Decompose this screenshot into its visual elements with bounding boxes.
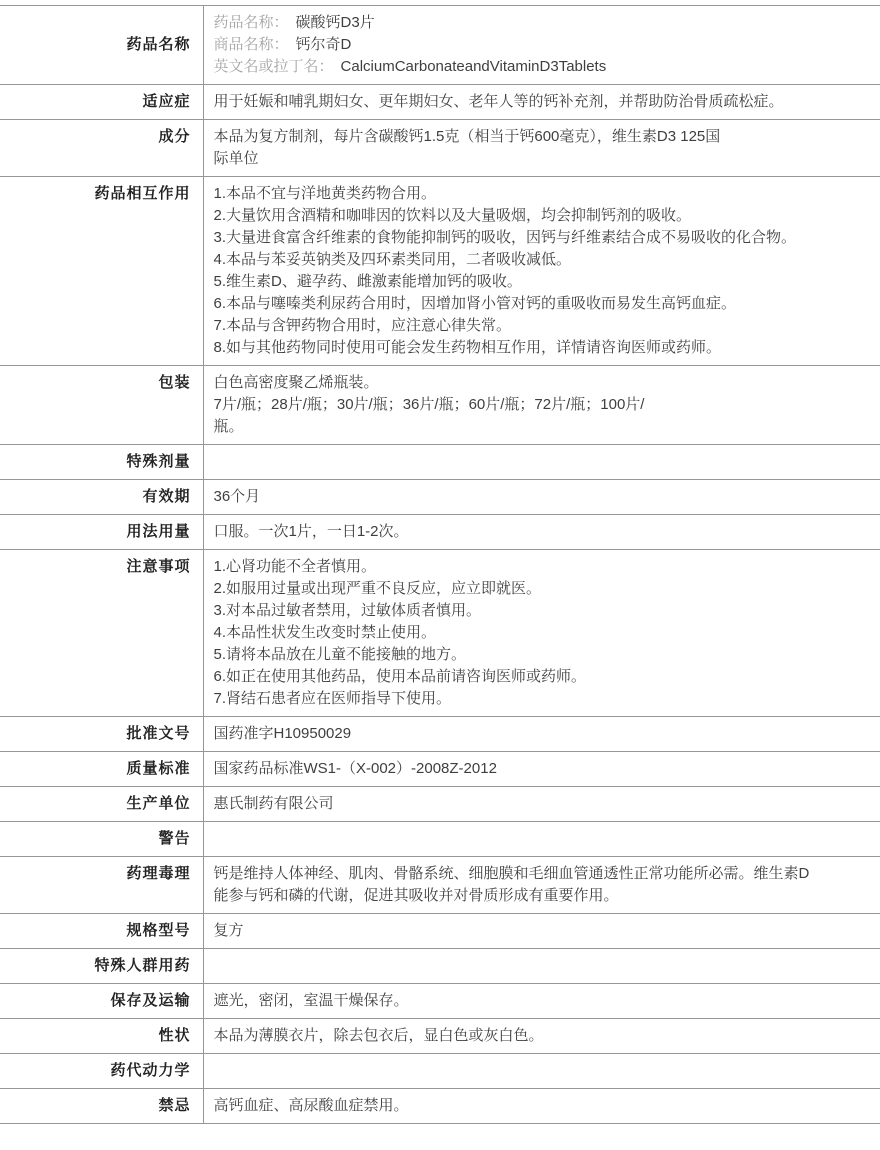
field-value: 钙尔奇D (296, 36, 352, 53)
drug-table-body: 药品名称药品名称：碳酸钙D3片商品名称：钙尔奇D英文名或拉丁名：CalciumC… (0, 6, 880, 1124)
table-row: 成分本品为复方制剂，每片含碳酸钙1.5克（相当于钙600毫克），维生素D3 12… (0, 120, 880, 177)
content-line: 商品名称：钙尔奇D (214, 34, 867, 56)
content-line: 本品为薄膜衣片，除去包衣后，显白色或灰白色。 (214, 1025, 867, 1047)
table-row: 性状本品为薄膜衣片，除去包衣后，显白色或灰白色。 (0, 1019, 880, 1054)
content-line: 6.如正在使用其他药品，使用本品前请咨询医师或药师。 (214, 666, 867, 688)
row-content: 国家药品标准WS1-（X-002）-2008Z-2012 (203, 752, 880, 787)
row-label: 生产单位 (0, 787, 203, 822)
table-row: 注意事项1.心肾功能不全者慎用。2.如服用过量或出现严重不良反应，应立即就医。3… (0, 550, 880, 717)
row-label: 注意事项 (0, 550, 203, 717)
table-row: 有效期36个月 (0, 480, 880, 515)
row-label: 警告 (0, 822, 203, 857)
content-line: 复方 (214, 920, 867, 942)
content-line: 钙是维持人体神经、肌肉、骨骼系统、细胞膜和毛细血管通透性正常功能所必需。维生素D (214, 863, 867, 885)
row-content (203, 1054, 880, 1089)
row-label: 药品名称 (0, 6, 203, 85)
field-label: 商品名称： (214, 36, 289, 53)
content-line: 能参与钙和磷的代谢，促进其吸收并对骨质形成有重要作用。 (214, 885, 867, 907)
row-label: 有效期 (0, 480, 203, 515)
row-content: 用于妊娠和哺乳期妇女、更年期妇女、老年人等的钙补充剂，并帮助防治骨质疏松症。 (203, 85, 880, 120)
content-line: 3.对本品过敏者禁用，过敏体质者慎用。 (214, 600, 867, 622)
content-line: 白色高密度聚乙烯瓶装。 (214, 372, 867, 394)
table-row: 适应症用于妊娠和哺乳期妇女、更年期妇女、老年人等的钙补充剂，并帮助防治骨质疏松症… (0, 85, 880, 120)
content-line: 1.心肾功能不全者慎用。 (214, 556, 867, 578)
row-content: 药品名称：碳酸钙D3片商品名称：钙尔奇D英文名或拉丁名：CalciumCarbo… (203, 6, 880, 85)
row-label: 特殊人群用药 (0, 949, 203, 984)
table-row: 质量标准国家药品标准WS1-（X-002）-2008Z-2012 (0, 752, 880, 787)
row-content: 本品为薄膜衣片，除去包衣后，显白色或灰白色。 (203, 1019, 880, 1054)
table-row: 包装白色高密度聚乙烯瓶装。7片/瓶；28片/瓶；30片/瓶；36片/瓶；60片/… (0, 366, 880, 445)
content-line: 3.大量进食富含纤维素的食物能抑制钙的吸收，因钙与纤维素结合成不易吸收的化合物。 (214, 227, 867, 249)
row-label: 用法用量 (0, 515, 203, 550)
row-label: 批准文号 (0, 717, 203, 752)
row-label: 药代动力学 (0, 1054, 203, 1089)
row-content (203, 445, 880, 480)
content-line: 际单位 (214, 148, 867, 170)
row-label: 质量标准 (0, 752, 203, 787)
content-line: 7片/瓶；28片/瓶；30片/瓶；36片/瓶；60片/瓶；72片/瓶；100片/ (214, 394, 867, 416)
row-content: 高钙血症、高尿酸血症禁用。 (203, 1089, 880, 1124)
row-content: 36个月 (203, 480, 880, 515)
table-row: 特殊人群用药 (0, 949, 880, 984)
row-content: 1.心肾功能不全者慎用。2.如服用过量或出现严重不良反应，应立即就医。3.对本品… (203, 550, 880, 717)
drug-info-table: 药品名称药品名称：碳酸钙D3片商品名称：钙尔奇D英文名或拉丁名：CalciumC… (0, 5, 880, 1124)
content-line: 英文名或拉丁名：CalciumCarbonateandVitaminD3Tabl… (214, 56, 867, 78)
row-content: 1.本品不宜与洋地黄类药物合用。2.大量饮用含酒精和咖啡因的饮料以及大量吸烟，均… (203, 177, 880, 366)
content-line: 国药准字H10950029 (214, 723, 867, 745)
table-row: 批准文号国药准字H10950029 (0, 717, 880, 752)
row-label: 禁忌 (0, 1089, 203, 1124)
content-line: 5.维生素D、避孕药、雌激素能增加钙的吸收。 (214, 271, 867, 293)
row-label: 保存及运输 (0, 984, 203, 1019)
content-line: 本品为复方制剂，每片含碳酸钙1.5克（相当于钙600毫克），维生素D3 125国 (214, 126, 867, 148)
field-label: 药品名称： (214, 14, 289, 31)
content-line: 用于妊娠和哺乳期妇女、更年期妇女、老年人等的钙补充剂，并帮助防治骨质疏松症。 (214, 91, 867, 113)
row-label: 成分 (0, 120, 203, 177)
content-line: 8.如与其他药物同时使用可能会发生药物相互作用，详情请咨询医师或药师。 (214, 337, 867, 359)
table-row: 生产单位惠氏制药有限公司 (0, 787, 880, 822)
table-row: 规格型号复方 (0, 914, 880, 949)
row-label: 包装 (0, 366, 203, 445)
row-label: 适应症 (0, 85, 203, 120)
row-content: 遮光，密闭，室温干燥保存。 (203, 984, 880, 1019)
table-row: 药理毒理钙是维持人体神经、肌肉、骨骼系统、细胞膜和毛细血管通透性正常功能所必需。… (0, 857, 880, 914)
row-content (203, 949, 880, 984)
row-content: 惠氏制药有限公司 (203, 787, 880, 822)
row-content: 国药准字H10950029 (203, 717, 880, 752)
table-row: 药代动力学 (0, 1054, 880, 1089)
table-row: 警告 (0, 822, 880, 857)
field-value: 碳酸钙D3片 (296, 14, 375, 31)
content-line: 瓶。 (214, 416, 867, 438)
content-line: 4.本品性状发生改变时禁止使用。 (214, 622, 867, 644)
row-label: 药理毒理 (0, 857, 203, 914)
row-content: 复方 (203, 914, 880, 949)
row-label: 规格型号 (0, 914, 203, 949)
content-line: 36个月 (214, 486, 867, 508)
content-line: 口服。一次1片，一日1-2次。 (214, 521, 867, 543)
table-row: 药品相互作用1.本品不宜与洋地黄类药物合用。2.大量饮用含酒精和咖啡因的饮料以及… (0, 177, 880, 366)
row-content: 本品为复方制剂，每片含碳酸钙1.5克（相当于钙600毫克），维生素D3 125国… (203, 120, 880, 177)
content-line: 6.本品与噻嗪类利尿药合用时，因增加肾小管对钙的重吸收而易发生高钙血症。 (214, 293, 867, 315)
content-line: 2.如服用过量或出现严重不良反应，应立即就医。 (214, 578, 867, 600)
table-row: 用法用量口服。一次1片，一日1-2次。 (0, 515, 880, 550)
content-line: 遮光，密闭，室温干燥保存。 (214, 990, 867, 1012)
row-content: 钙是维持人体神经、肌肉、骨骼系统、细胞膜和毛细血管通透性正常功能所必需。维生素D… (203, 857, 880, 914)
row-content: 口服。一次1片，一日1-2次。 (203, 515, 880, 550)
row-content (203, 822, 880, 857)
content-line: 1.本品不宜与洋地黄类药物合用。 (214, 183, 867, 205)
content-line: 7.肾结石患者应在医师指导下使用。 (214, 688, 867, 710)
table-row: 保存及运输遮光，密闭，室温干燥保存。 (0, 984, 880, 1019)
table-row: 药品名称药品名称：碳酸钙D3片商品名称：钙尔奇D英文名或拉丁名：CalciumC… (0, 6, 880, 85)
content-line: 惠氏制药有限公司 (214, 793, 867, 815)
row-label: 性状 (0, 1019, 203, 1054)
field-label: 英文名或拉丁名： (214, 58, 334, 75)
row-label: 特殊剂量 (0, 445, 203, 480)
content-line: 国家药品标准WS1-（X-002）-2008Z-2012 (214, 758, 867, 780)
row-label: 药品相互作用 (0, 177, 203, 366)
content-line: 高钙血症、高尿酸血症禁用。 (214, 1095, 867, 1117)
content-line: 5.请将本品放在儿童不能接触的地方。 (214, 644, 867, 666)
drug-info-sheet: 药品名称药品名称：碳酸钙D3片商品名称：钙尔奇D英文名或拉丁名：CalciumC… (0, 0, 880, 1124)
table-row: 禁忌高钙血症、高尿酸血症禁用。 (0, 1089, 880, 1124)
content-line: 4.本品与苯妥英钠类及四环素类同用，二者吸收减低。 (214, 249, 867, 271)
content-line: 7.本品与含钾药物合用时，应注意心律失常。 (214, 315, 867, 337)
content-line: 药品名称：碳酸钙D3片 (214, 12, 867, 34)
content-line: 2.大量饮用含酒精和咖啡因的饮料以及大量吸烟，均会抑制钙剂的吸收。 (214, 205, 867, 227)
field-value: CalciumCarbonateandVitaminD3Tablets (341, 58, 607, 75)
table-row: 特殊剂量 (0, 445, 880, 480)
row-content: 白色高密度聚乙烯瓶装。7片/瓶；28片/瓶；30片/瓶；36片/瓶；60片/瓶；… (203, 366, 880, 445)
